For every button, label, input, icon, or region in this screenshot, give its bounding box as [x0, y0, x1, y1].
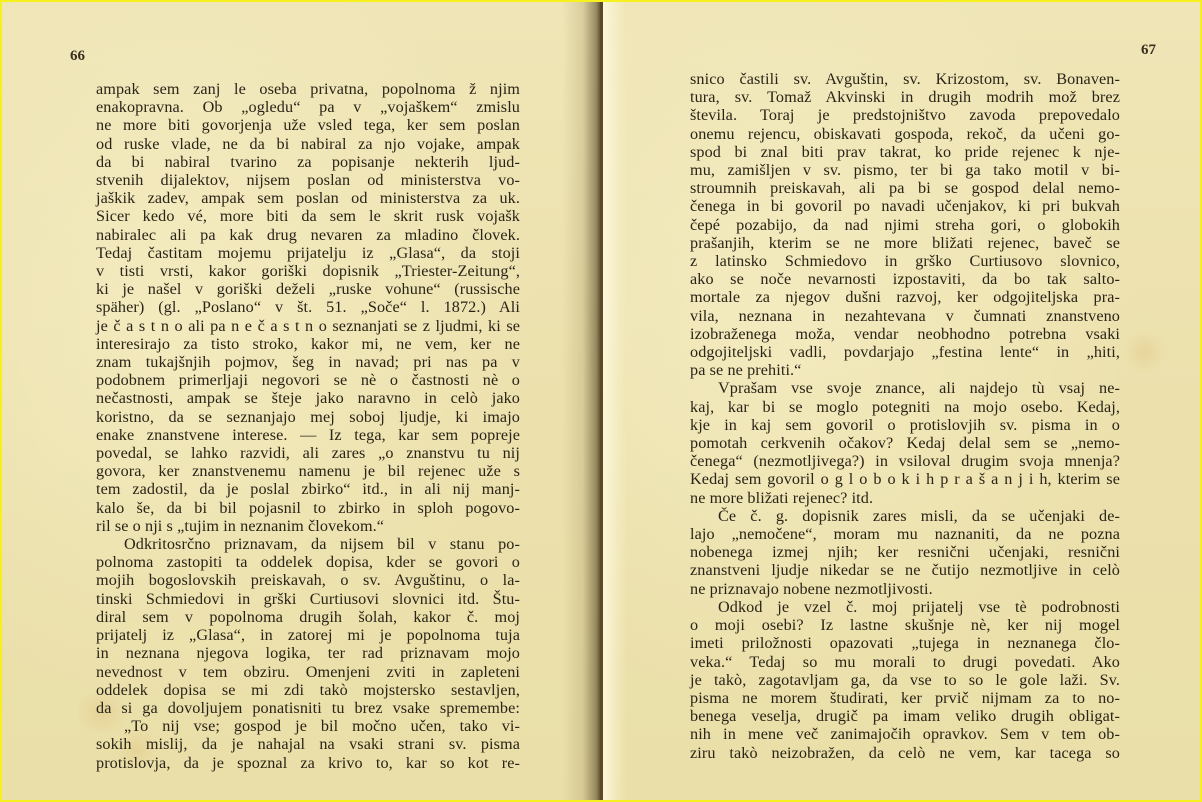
- text-line: veka.“ Tedaj so mu morali to drugi poved…: [690, 653, 1120, 671]
- text-line: mortale za njegov dušni razvoj, ker odgo…: [690, 288, 1120, 306]
- text-line: nevednost v tem obziru. Omenjeni zviti i…: [96, 663, 520, 681]
- text-line: snico častili sv. Avguštin, sv. Krizosto…: [690, 70, 1120, 88]
- text-line: prašanjih, kterim se ne more bližati rej…: [690, 234, 1120, 252]
- text-line: nobenega izmej njih; ker resnični učenja…: [690, 543, 1120, 561]
- page-body-text: ampak sem zanj le oseba privatna, popoln…: [96, 80, 520, 772]
- page-number: 66: [70, 48, 85, 65]
- text-line: lajo „nemočene“, moram mu naznaniti, da …: [690, 525, 1120, 543]
- text-line: Kedaj sem govoril o g l o b o k i h p r …: [690, 470, 1120, 488]
- text-line: o moji osebi? Iz lastne skušnje nè, ker …: [690, 616, 1120, 634]
- text-line: prijatelj iz „Glasa“, in zatorej mi je p…: [96, 626, 520, 644]
- text-line: sokih mislij, da je nahajal na vsaki str…: [96, 735, 520, 753]
- page-body-text: snico častili sv. Avguštin, sv. Krizosto…: [690, 70, 1120, 762]
- text-line: stvenih dijalektov, nijsem poslan od min…: [96, 171, 520, 189]
- page-number: 67: [1141, 42, 1156, 59]
- text-line: čepé pozabijo, da nad njimi streha gori,…: [690, 216, 1120, 234]
- text-line: Če č. g. dopisnik zares misli, da se uče…: [690, 507, 1120, 525]
- text-line: tem zadostil, da je poslal zbirko“ itd.,…: [96, 480, 520, 498]
- text-line: znanstveni ljudje nikedar se ne čutijo n…: [690, 561, 1120, 579]
- text-line: enake znanstvene interese. — Iz tega, ka…: [96, 426, 520, 444]
- text-line: čenega in bi govoril po navadi učenjakov…: [690, 197, 1120, 215]
- text-line: benega veselja, drugič pa imam veliko dr…: [690, 707, 1120, 725]
- text-line: odgojiteljski vadli, povdarjajo „festina…: [690, 343, 1120, 361]
- spine-shadow: [562, 2, 600, 800]
- text-line: enakopravna. Ob „ogledu“ pa v „vojaškem“…: [96, 98, 520, 116]
- text-line: nabiralec ali pa kak drug nevaren za mla…: [96, 226, 520, 244]
- text-line: ne priznavajo nobene nezmotljivosti.: [690, 580, 1120, 598]
- text-line: da si ga dovoljujem ponatisniti tu brez …: [96, 699, 520, 717]
- text-line: nih in mene več zanimajočih opravkov. Se…: [690, 725, 1120, 743]
- text-line: ne more biti govorjenja uže vsled tega, …: [96, 116, 520, 134]
- text-line: podobnem primerljaji negovori se nè o ča…: [96, 371, 520, 389]
- text-line: izobraženega moža, vendar neobhodno potr…: [690, 325, 1120, 343]
- text-line: tura, sv. Tomaž Akvinski in drugih modri…: [690, 88, 1120, 106]
- text-line: protislovja, da je spoznal za krivo to, …: [96, 754, 520, 772]
- text-line: pisma ne morem študirati, ker prvič nijm…: [690, 689, 1120, 707]
- text-line: ziru takò neizobražen, da celò ne vem, k…: [690, 744, 1120, 762]
- text-line: „To nij vse; gospod je bil močno učen, t…: [96, 717, 520, 735]
- text-line: späher) (gl. „Poslano“ v št. 51. „Soče“ …: [96, 298, 520, 316]
- text-line: čenega“ (nezmotljivega?) in vsiloval dru…: [690, 452, 1120, 470]
- text-line: stroumnih preiskavah, ali pa bi se gospo…: [690, 179, 1120, 197]
- text-line: kaj, kar bi se moglo potegniti na mojo o…: [690, 398, 1120, 416]
- text-line: spod bi znal biti prav takrat, ko pride …: [690, 143, 1120, 161]
- text-line: ki je našel v goriški deželi „ruske vohu…: [96, 280, 520, 298]
- text-line: povedal, se lahko razvidi, ali zares „o …: [96, 444, 520, 462]
- book-spread: 66 ampak sem zanj le oseba privatna, pop…: [2, 2, 1200, 800]
- text-line: imeti priložnosti opazovati „tujega in n…: [690, 634, 1120, 652]
- text-line: ne more bližati rejenec? itd.: [690, 489, 1120, 507]
- text-line: znam tukajšnjih pojmov, šeg in navad; pr…: [96, 353, 520, 371]
- text-line: Odkritosrčno priznavam, da nijsem bil v …: [96, 535, 520, 553]
- text-line: v tisti vrsti, kakor goriški dopisnik „T…: [96, 262, 520, 280]
- text-line: interesirajo za tisto stroko, kakor mi, …: [96, 335, 520, 353]
- text-line: in neznana njegova logika, ter rad prizn…: [96, 644, 520, 662]
- left-page: 66 ampak sem zanj le oseba privatna, pop…: [2, 2, 600, 800]
- text-line: ril se o nji s „tujim in neznanim človek…: [96, 517, 520, 535]
- spine-highlight: [603, 2, 627, 800]
- text-line: je takò, zagotavljam ga, da vse to so le…: [690, 671, 1120, 689]
- text-line: Vprašam vse svoje znance, ali najdejo tù…: [690, 379, 1120, 397]
- text-line: Odkod je vzel č. moj prijatelj vse tè po…: [690, 598, 1120, 616]
- text-line: pa se ne prehiti.“: [690, 361, 1120, 379]
- text-line: je č a s t n o ali pa n e č a s t n o se…: [96, 317, 520, 335]
- text-line: Sicer kedo vé, more biti da sem le skrit…: [96, 207, 520, 225]
- text-line: govora, ker znanstvenemu namenu je bil r…: [96, 462, 520, 480]
- text-line: Tedaj častitam mojemu prijatelju iz „Gla…: [96, 244, 520, 262]
- text-line: diral sem v popolnoma drugih šolah, kako…: [96, 608, 520, 626]
- text-line: kje in kaj sem govoril o protislovjih sv…: [690, 416, 1120, 434]
- text-line: števila. Toraj je predstojništvo zavoda …: [690, 106, 1120, 124]
- text-line: mu, zamišljen v sv. pismo, ter bi ga tak…: [690, 161, 1120, 179]
- text-line: oddelek dopisa se mi zdi takò mojstersko…: [96, 681, 520, 699]
- text-line: onemu rejencu, obiskavati gospoda, rekoč…: [690, 125, 1120, 143]
- text-line: pomotah cerkvenih očakov? Kedaj delal se…: [690, 434, 1120, 452]
- text-line: tinski Schmiedovi in grški Curtiusovi sl…: [96, 590, 520, 608]
- text-line: jaškik zadev, ampak sem poslan od minist…: [96, 189, 520, 207]
- text-line: polnoma zastopiti ta oddelek dopisa, kde…: [96, 553, 520, 571]
- text-line: koristno, da se seznanjajo mej soboj lju…: [96, 408, 520, 426]
- text-line: od ruske vlade, ne da bi nabiral za njo …: [96, 135, 520, 153]
- text-line: vila, neznana in nezahtevana v čumnati z…: [690, 307, 1120, 325]
- text-line: ako se noče nevarnosti izpostaviti, da b…: [690, 270, 1120, 288]
- text-line: mojih bogoslovskih preiskavah, o sv. Avg…: [96, 571, 520, 589]
- text-line: da bi nabiral tvarino za popisanje nekte…: [96, 153, 520, 171]
- text-line: ampak sem zanj le oseba privatna, popoln…: [96, 80, 520, 98]
- paper-stain: [1120, 332, 1170, 372]
- text-line: nečastnosti, ampak se šteje jako naravno…: [96, 389, 520, 407]
- text-line: kalo še, da bi bil pojasnil to zbirko in…: [96, 499, 520, 517]
- text-line: z latinsko Schmiedovo in grško Curtiusov…: [690, 252, 1120, 270]
- right-page: 67 snico častili sv. Avguštin, sv. Krizo…: [600, 2, 1200, 800]
